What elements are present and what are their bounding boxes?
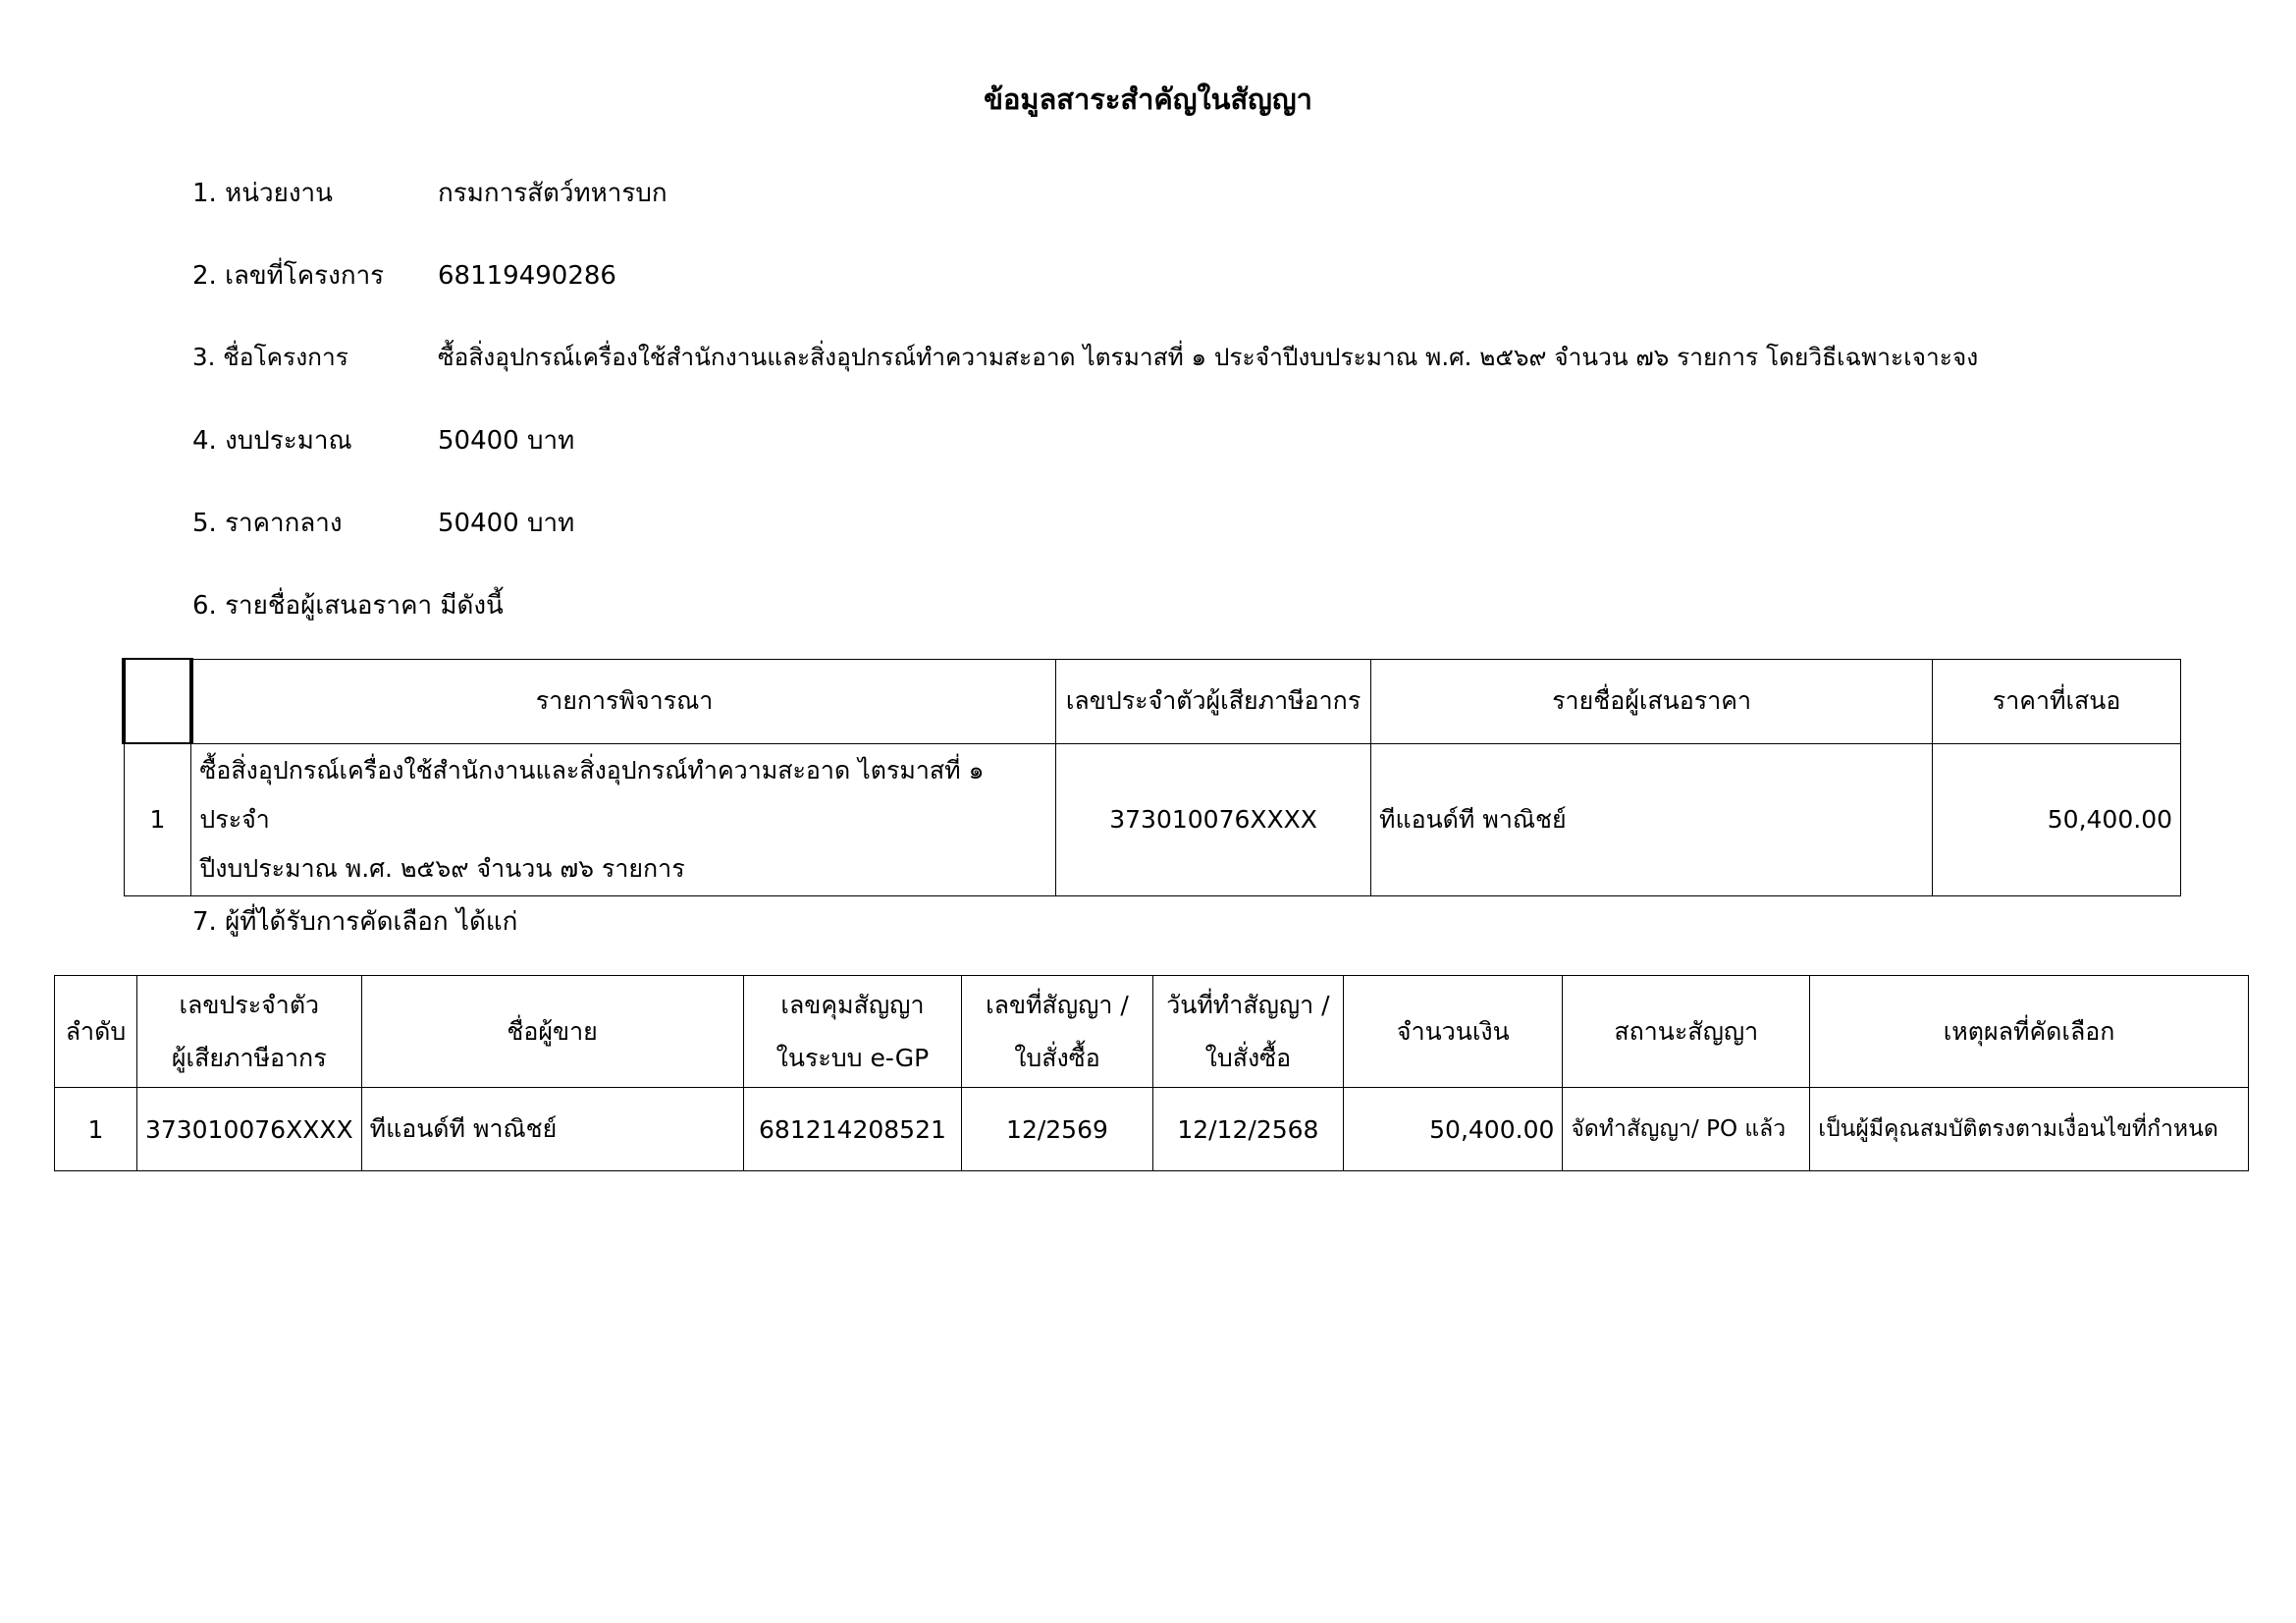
table-header-row: รายการพิจารณา เลขประจำตัวผู้เสียภาษีอากร… (124, 659, 2181, 743)
field-value: กรมการสัตว์ทหารบก (438, 173, 667, 213)
cell-bidder: ทีแอนด์ที พาณิชย์ (1370, 743, 1932, 895)
header-text: ผู้เสียภาษีอากร (145, 1032, 353, 1085)
cell-status: จัดทำสัญญา/ PO แล้ว (1563, 1088, 1810, 1171)
column-header-no (124, 659, 191, 743)
header-text: ชื่อผู้ขาย (370, 1005, 735, 1058)
column-header-item: รายการพิจารณา (191, 659, 1056, 743)
field-project-number: 2. เลขที่โครงการ68119490286 (192, 255, 616, 296)
column-header-price: ราคาที่เสนอ (1933, 659, 2181, 743)
header-text: วันที่ทำสัญญา / (1161, 979, 1336, 1032)
column-header-amount: จำนวนเงิน (1344, 976, 1563, 1088)
column-header-tax-id: เลขประจำตัวผู้เสียภาษีอากร (1056, 659, 1371, 743)
cell-item-line: ปีงบประมาณ พ.ศ. ๒๕๖๙ จำนวน ๗๖ รายการ (199, 844, 1047, 893)
column-header-no: ลำดับ (55, 976, 137, 1088)
cell-reason: เป็นผู้มีคุณสมบัติตรงตามเงื่อนไขที่กำหนด (1810, 1088, 2249, 1171)
column-header-contract-date: วันที่ทำสัญญา /ใบสั่งซื้อ (1152, 976, 1344, 1088)
cell-item-line: ซื้อสิ่งอุปกรณ์เครื่องใช้สำนักงานและสิ่ง… (199, 746, 1047, 844)
cell-seller: ทีแอนด์ที พาณิชย์ (361, 1088, 743, 1171)
cell-no: 1 (55, 1088, 137, 1171)
cell-no: 1 (124, 743, 191, 895)
field-value: 50400 บาท (438, 503, 574, 543)
header-text: ในระบบ e-GP (752, 1032, 954, 1085)
header-text: ใบสั่งซื้อ (1161, 1032, 1336, 1085)
header-text: เลขที่สัญญา / (970, 979, 1144, 1032)
column-header-reason: เหตุผลที่คัดเลือก (1810, 976, 2249, 1088)
bidders-table: รายการพิจารณา เลขประจำตัวผู้เสียภาษีอากร… (122, 658, 2181, 896)
field-value: ซื้อสิ่งอุปกรณ์เครื่องใช้สำนักงานและสิ่ง… (438, 338, 1978, 376)
field-agency: 1. หน่วยงานกรมการสัตว์ทหารบก (192, 173, 667, 213)
cell-tax-id: 373010076XXXX (1056, 743, 1371, 895)
header-text: จำนวนเงิน (1352, 1005, 1554, 1058)
field-median-price: 5. ราคากลาง50400 บาท (192, 503, 574, 543)
section-selected-heading: 7. ผู้ที่ได้รับการคัดเลือก ได้แก่ (192, 901, 517, 942)
field-label: 5. ราคากลาง (192, 503, 438, 543)
field-value: 50400 บาท (438, 420, 574, 460)
cell-egp-number: 681214208521 (743, 1088, 962, 1171)
field-value: 68119490286 (438, 261, 616, 291)
field-project-name: 3. ชื่อโครงการซื้อสิ่งอุปกรณ์เครื่องใช้ส… (192, 338, 1978, 376)
column-header-bidder: รายชื่อผู้เสนอราคา (1370, 659, 1932, 743)
column-header-tax-id: เลขประจำตัวผู้เสียภาษีอากร (136, 976, 361, 1088)
cell-item: ซื้อสิ่งอุปกรณ์เครื่องใช้สำนักงานและสิ่ง… (191, 743, 1056, 895)
document-title: ข้อมูลสาระสำคัญในสัญญา (0, 77, 2296, 122)
field-label: 2. เลขที่โครงการ (192, 255, 438, 296)
cell-price: 50,400.00 (1933, 743, 2181, 895)
field-label: 4. งบประมาณ (192, 420, 438, 460)
cell-contract-date: 12/12/2568 (1152, 1088, 1344, 1171)
header-text: เลขประจำตัว (145, 979, 353, 1032)
cell-amount: 50,400.00 (1344, 1088, 1563, 1171)
header-text: สถานะสัญญา (1571, 1005, 1801, 1058)
header-text: เลขคุมสัญญา (752, 979, 954, 1032)
column-header-status: สถานะสัญญา (1563, 976, 1810, 1088)
header-text: เหตุผลที่คัดเลือก (1818, 1005, 2240, 1058)
table-header-row: ลำดับ เลขประจำตัวผู้เสียภาษีอากร ชื่อผู้… (55, 976, 2249, 1088)
table-row: 1 373010076XXXX ทีแอนด์ที พาณิชย์ 681214… (55, 1088, 2249, 1171)
column-header-seller: ชื่อผู้ขาย (361, 976, 743, 1088)
field-label: 3. ชื่อโครงการ (192, 338, 438, 376)
section-bidders-heading: 6. รายชื่อผู้เสนอราคา มีดังนี้ (192, 585, 504, 625)
field-label: 1. หน่วยงาน (192, 173, 438, 213)
header-text: ใบสั่งซื้อ (970, 1032, 1144, 1085)
cell-tax-id: 373010076XXXX (136, 1088, 361, 1171)
column-header-egp-number: เลขคุมสัญญาในระบบ e-GP (743, 976, 962, 1088)
column-header-contract-number: เลขที่สัญญา /ใบสั่งซื้อ (962, 976, 1152, 1088)
table-row: 1 ซื้อสิ่งอุปกรณ์เครื่องใช้สำนักงานและสิ… (124, 743, 2181, 895)
header-text: ลำดับ (63, 1005, 129, 1058)
cell-contract-number: 12/2569 (962, 1088, 1152, 1171)
field-budget: 4. งบประมาณ50400 บาท (192, 420, 574, 460)
selected-vendor-table: ลำดับ เลขประจำตัวผู้เสียภาษีอากร ชื่อผู้… (54, 975, 2249, 1171)
